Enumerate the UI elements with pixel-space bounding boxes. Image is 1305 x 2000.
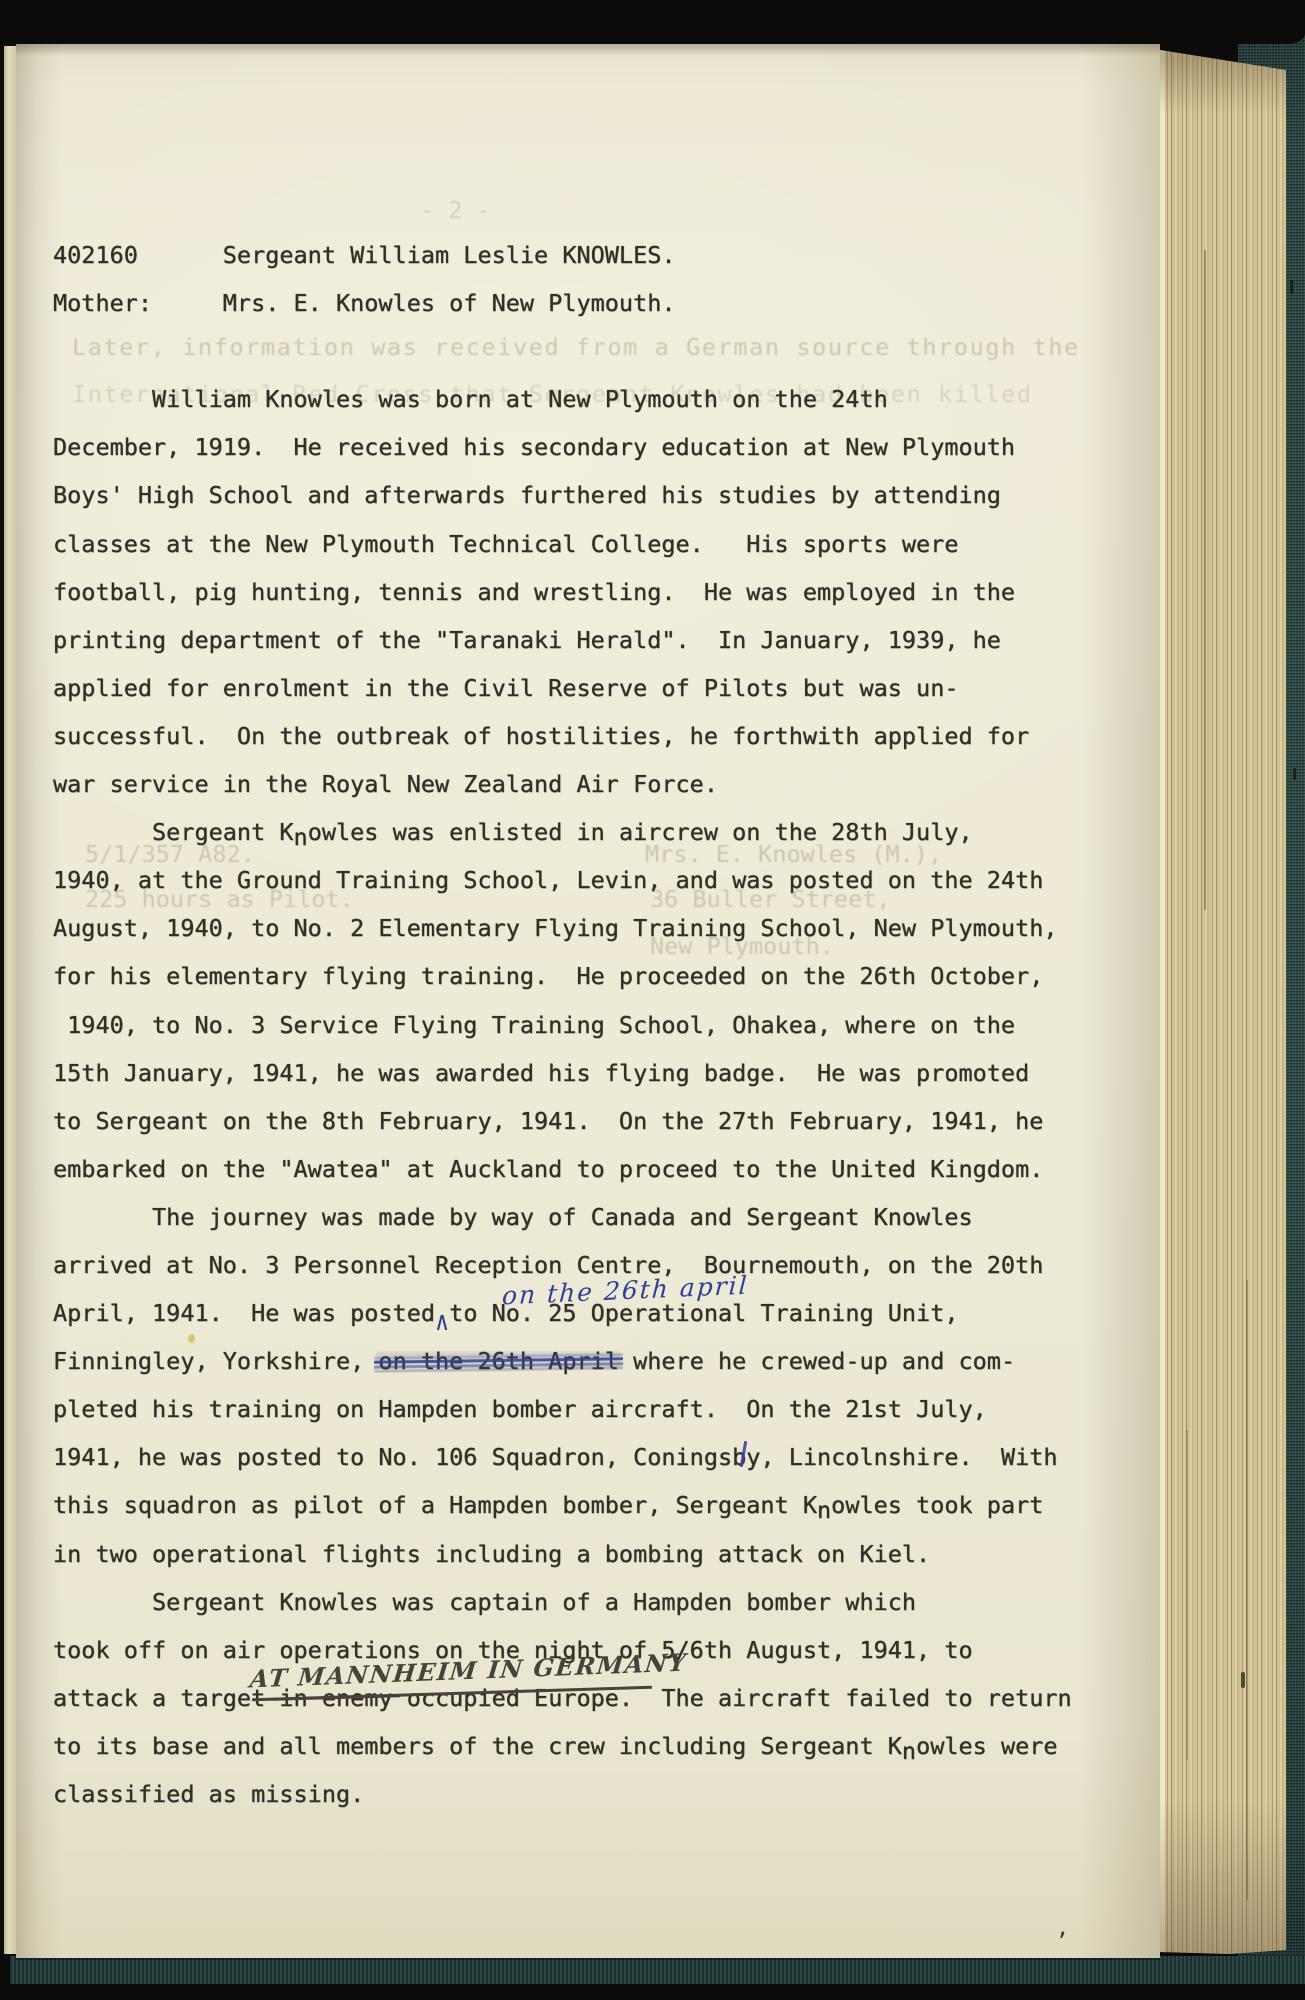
typed-line: printing department of the "Taranaki Her… bbox=[53, 616, 1072, 664]
book-cover-cloth-bottom bbox=[10, 1956, 1305, 1986]
edge-mark bbox=[1241, 1672, 1245, 1688]
typed-line: The journey was made by way of Canada an… bbox=[53, 1193, 1072, 1241]
typed-line: 402160 Sergeant William Leslie KNOWLES. bbox=[53, 231, 1072, 279]
typed-line: Mother: Mrs. E. Knowles of New Plymouth. bbox=[53, 279, 1072, 327]
page-stack-crack bbox=[1246, 1280, 1248, 1900]
typed-line: successful. On the outbreak of hostiliti… bbox=[53, 712, 1072, 760]
typed-line: Sergeant Knowles was enlisted in aircrew… bbox=[53, 808, 1072, 856]
typed-line: war service in the Royal New Zealand Air… bbox=[53, 760, 1072, 808]
typed-line: to Sergeant on the 8th February, 1941. O… bbox=[53, 1097, 1072, 1145]
page-top-shadow bbox=[16, 44, 1160, 56]
typed-line: Sergeant Knowles was captain of a Hampde… bbox=[53, 1578, 1072, 1626]
scanned-book-photo: - 2 - Later, information was received fr… bbox=[0, 0, 1305, 2000]
fore-edge-page-stack bbox=[1160, 44, 1286, 1954]
typed-line: applied for enrolment in the Civil Reser… bbox=[53, 664, 1072, 712]
typed-line: Boys' High School and afterwards further… bbox=[53, 471, 1072, 519]
typed-line: 1940, at the Ground Training School, Lev… bbox=[53, 856, 1072, 904]
typed-line: classes at the New Plymouth Technical Co… bbox=[53, 520, 1072, 568]
typed-line bbox=[53, 327, 1072, 375]
typed-line: in two operational flights including a b… bbox=[53, 1530, 1072, 1578]
stray-typed-comma: , bbox=[1056, 1916, 1069, 1941]
typed-line: August, 1940, to No. 2 Elementary Flying… bbox=[53, 904, 1072, 952]
typed-line: pleted his training on Hampden bomber ai… bbox=[53, 1385, 1072, 1433]
typed-line: to its base and all members of the crew … bbox=[53, 1722, 1072, 1770]
typed-line: 1940, to No. 3 Service Flying Training S… bbox=[53, 1001, 1072, 1049]
ghost-page-number: - 2 - bbox=[420, 196, 491, 224]
typed-line: for his elementary flying training. He p… bbox=[53, 952, 1072, 1000]
typed-line: this squadron as pilot of a Hampden bomb… bbox=[53, 1481, 1072, 1529]
typed-line: December, 1919. He received his secondar… bbox=[53, 423, 1072, 471]
edge-mark bbox=[1290, 280, 1293, 294]
photo-background-bottom bbox=[0, 1984, 1305, 2000]
edge-mark bbox=[1293, 768, 1296, 780]
photo-background-top bbox=[0, 0, 1305, 44]
photo-background-left bbox=[0, 0, 4, 2000]
typed-line: William Knowles was born at New Plymouth… bbox=[53, 375, 1072, 423]
typed-line: embarked on the "Awatea" at Auckland to … bbox=[53, 1145, 1072, 1193]
underlying-page-edge bbox=[4, 46, 16, 1954]
typed-line: 1941, he was posted to No. 106 Squadron,… bbox=[53, 1433, 1072, 1481]
typed-line: classified as missing. bbox=[53, 1770, 1072, 1818]
paper-speck bbox=[188, 1334, 195, 1343]
page-stack-crack bbox=[1186, 1430, 1188, 1760]
typed-line: 15th January, 1941, he was awarded his f… bbox=[53, 1049, 1072, 1097]
page-stack-crack bbox=[1204, 250, 1206, 910]
typed-line: football, pig hunting, tennis and wrestl… bbox=[53, 568, 1072, 616]
typed-text: 402160 Sergeant William Leslie KNOWLES.M… bbox=[53, 231, 1072, 1818]
typed-line: Finningley, Yorkshire, on the 26th April… bbox=[53, 1337, 1072, 1385]
